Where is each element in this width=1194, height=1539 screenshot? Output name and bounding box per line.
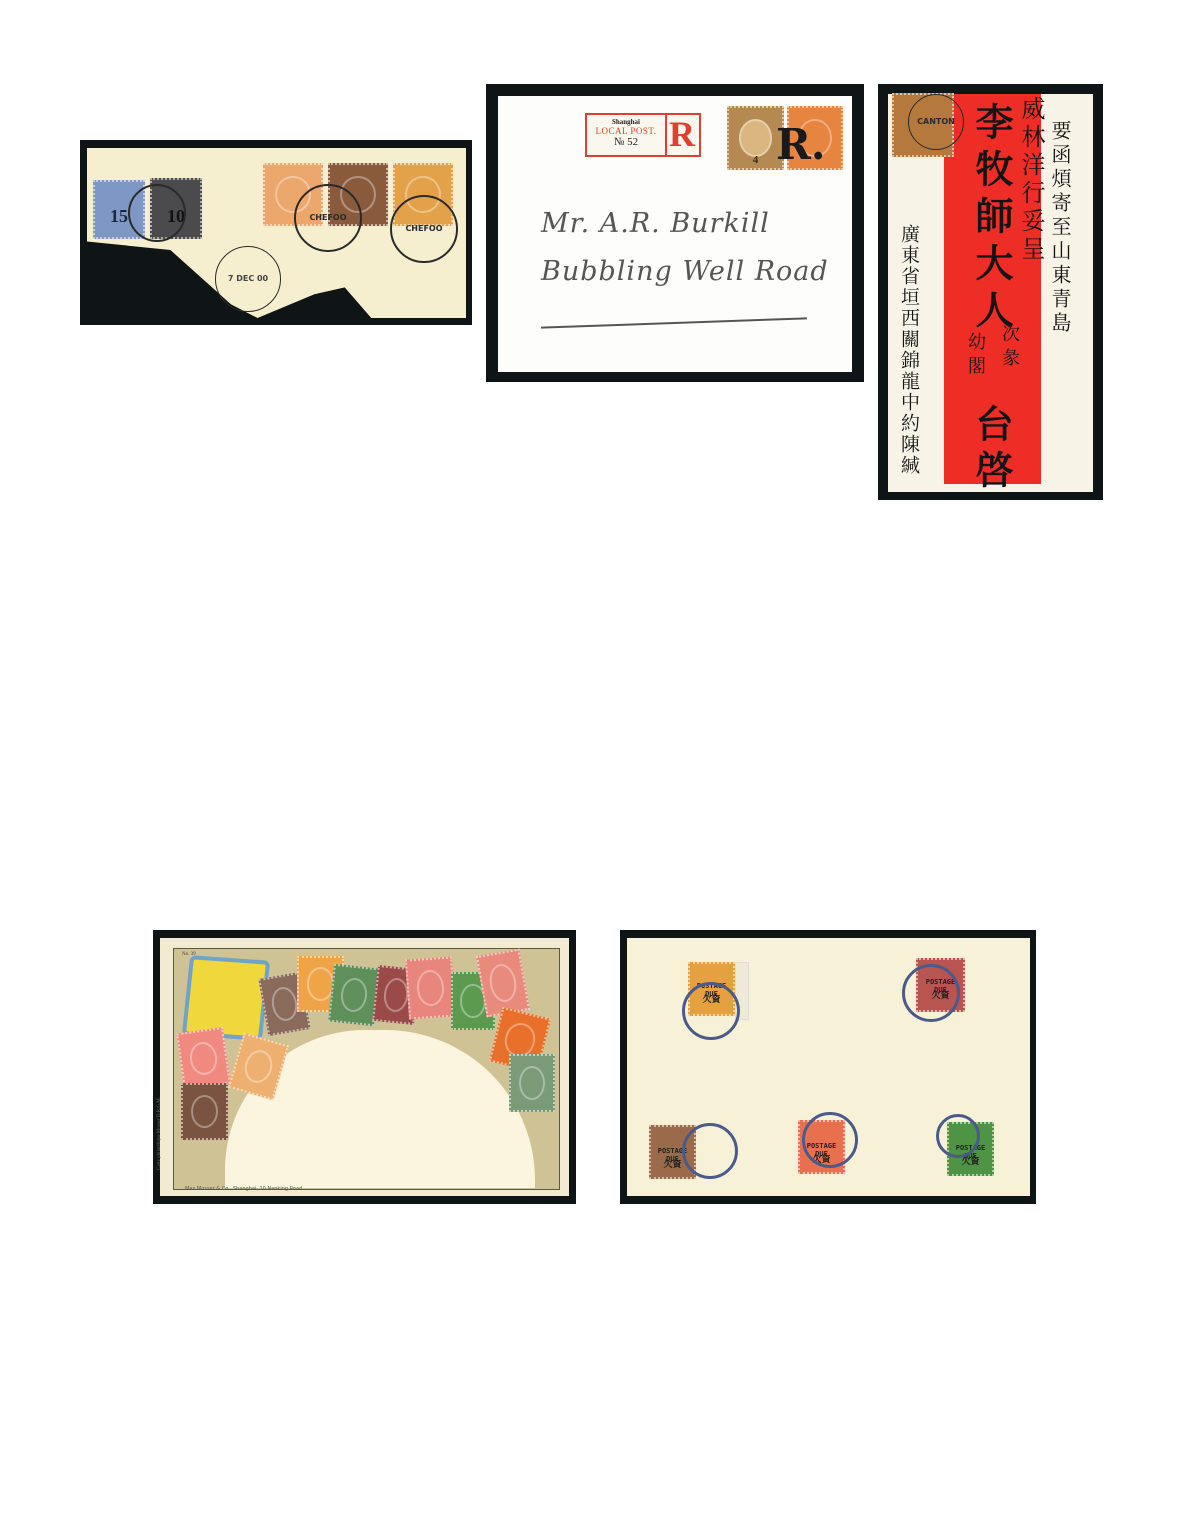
- right-column-text: 要函煩寄至山東青島: [1046, 120, 1075, 336]
- address-line-1: Mr. A.R. Burkill: [541, 208, 770, 239]
- postmark-blue-5: [936, 1114, 980, 1158]
- small-left-text: 幼閣: [962, 332, 988, 380]
- postage-due-cover-image: POSTAGE DUE 欠資 POSTAGE DUE 欠資 POSTAGE DU…: [620, 930, 1036, 1204]
- postmark-shanghai-french: [128, 184, 186, 242]
- postcard-stamp-3: [181, 1083, 228, 1140]
- handstamp-r: R.: [776, 120, 826, 169]
- postcard-stamp-12: [509, 1054, 555, 1112]
- registration-letter-r: R: [669, 113, 695, 155]
- postmark-blue-3: [682, 1123, 738, 1179]
- dragon-flag: [182, 955, 270, 1041]
- postcard-side-text: Carte philatélique Mosser D.R.G.M.: [157, 1097, 162, 1170]
- postmark-shanghai-chine: 7 DEC 00: [215, 246, 281, 312]
- cover-piece-image: 15 10 CHEFOO CHEFOO 7 DEC 00: [80, 140, 472, 325]
- postmark-chefoo-2: CHEFOO: [390, 195, 458, 263]
- left-column-text: 廣東省垣西關錦龍中約陳緘: [896, 224, 923, 476]
- postcard-stamp-8: [405, 956, 456, 1019]
- small-right-text: 次彖: [996, 324, 1022, 372]
- stamp-postcard-image: No. 39 Carte philatélique Mosser D.R.G.M…: [153, 930, 576, 1204]
- postmark-chefoo-1: CHEFOO: [294, 184, 362, 252]
- inner-right-column-text: 威林洋行妥呈: [1014, 96, 1049, 264]
- registration-label-text: Shanghai LOCAL POST. № 52: [587, 115, 667, 155]
- postmark-blue-2: [902, 964, 960, 1022]
- registration-label: Shanghai LOCAL POST. № 52 R: [585, 113, 701, 157]
- postmark-blue-1: [682, 982, 740, 1040]
- main-column-bottom: 台啓: [964, 404, 1019, 496]
- main-column-top: 李牧師大人: [964, 102, 1019, 337]
- registered-cover-image: Shanghai LOCAL POST. № 52 R 4 R. Mr. A.R…: [486, 84, 864, 382]
- chinese-cover-image: CANTON 要函煩寄至山東青島 威林洋行妥呈 李牧師大人 幼閣 次彖 台啓 廣…: [878, 84, 1103, 500]
- postmark-canton: CANTON: [908, 94, 964, 150]
- postmark-blue-4: [802, 1112, 858, 1168]
- postcard-footer: Max Mosser & Co., Shanghai, 10 Nanking R…: [185, 1186, 304, 1192]
- postcard-stamp-1: [176, 1027, 230, 1090]
- address-line-2: Bubbling Well Road: [541, 256, 829, 287]
